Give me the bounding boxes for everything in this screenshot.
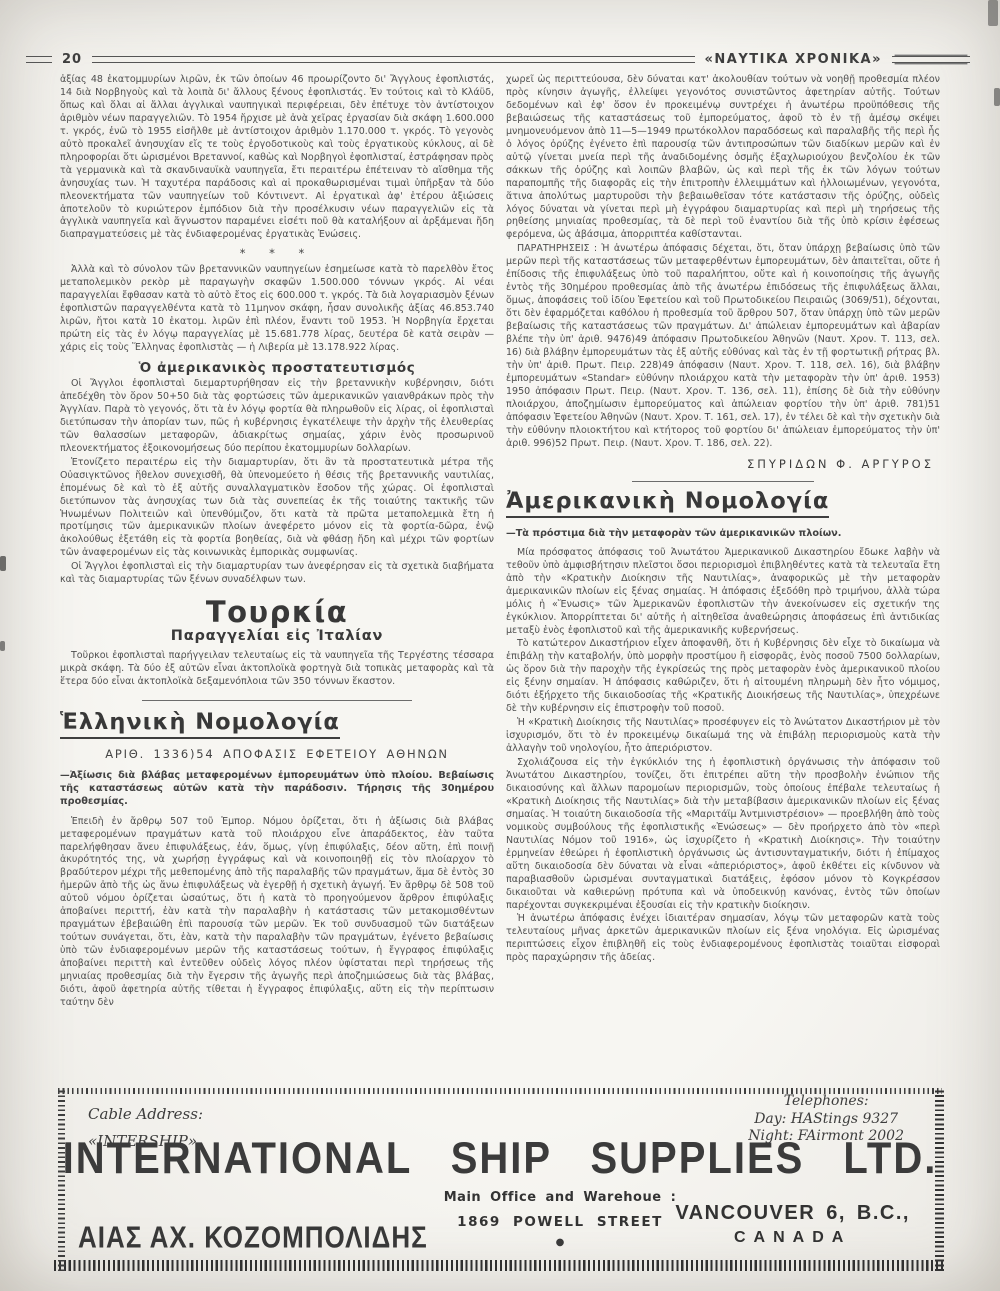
paragraph: Μία πρόσφατος ἀπόφασις τοῦ Ἀνωτάτου Ἀμερ… [506, 547, 940, 638]
paragraph: Τὸ κατώτερον Δικαστήριον εἶχεν ἀποφανθῆ,… [506, 638, 940, 716]
ad-country: CANADA [675, 1229, 910, 1247]
masthead-title: «ΝΑΥΤΙΚΑ ΧΡΟΝΙΚΑ» [705, 52, 882, 67]
section-heading-protectionism: Ὁ ἀμερικανικὸς προστατευτισμός [60, 362, 494, 375]
scan-artifact [0, 556, 6, 571]
asterisk-separator: * * * [60, 247, 494, 260]
section-heading-text: Ἀμερικανικὴ Νομολογία [506, 489, 829, 518]
paragraph: Τοῦρκοι ἐφοπλισταὶ παρήγγειλαν τελευταίω… [60, 650, 494, 689]
header-rule-center [92, 56, 694, 63]
paragraph: Ἐτονίζετο περαιτέρω εἰς τὴν διαμαρτυρίαν… [60, 457, 494, 561]
paragraph: Σχολιάζουσα εἰς τὴν ἐγκύκλιόν της ἡ ἐφοπ… [506, 757, 940, 912]
scan-artifact [988, 0, 998, 26]
ad-agent-name: ΑΙΑΣ ΑΧ. ΚΟΖΟΜΠΟΛΙΔΗΣ [78, 1219, 428, 1256]
paragraph: χωρεῖ ὡς περιττεύουσα, δὲν δύναται κατ' … [506, 74, 940, 242]
telephones-label: Telephones: [748, 1093, 904, 1111]
paragraph: Ἀλλὰ καὶ τὸ σύνολον τῶν βρεταννικῶν ναυπ… [60, 264, 494, 355]
section-heading-american-case-law: Ἀμερικανικὴ Νομολογία [506, 489, 940, 518]
subheading-turkey-orders: Παραγγελίαι εἰς Ἰταλίαν [60, 630, 494, 643]
ad-location-block: VANCOUVER 6, B.C., CANADA [675, 1202, 910, 1247]
section-divider [142, 700, 411, 701]
case-summary: —Ἀξίωσις διὰ βλάβας μεταφερομένων ἐμπορε… [60, 769, 494, 809]
section-heading-greek-case-law: Ἑλληνικὴ Νομολογία [60, 710, 494, 739]
paragraph: Οἱ Ἄγγλοι ἐφοπλισταὶ εἰς τὴν διαμαρτυρία… [60, 561, 494, 587]
magazine-page: 20 «ΝΑΥΤΙΚΑ ΧΡΟΝΙΚΑ» ἀξίας 48 ἑκατομμυρί… [0, 0, 1000, 1291]
paragraph: Ἡ «Κρατικὴ Διοίκησις τῆς Ναυτιλίας» προσ… [506, 717, 940, 756]
header-rule-right [892, 56, 970, 63]
paragraph: ἀξίας 48 ἑκατομμυρίων λιρῶν, ἐκ τῶν ὁποί… [60, 74, 494, 242]
page-header: 20 «ΝΑΥΤΙΚΑ ΧΡΟΝΙΚΑ» [26, 52, 970, 67]
scan-artifact [0, 641, 5, 651]
section-heading-turkey: Τουρκία [60, 597, 494, 627]
section-divider [632, 481, 814, 482]
case-summary: —Τὰ πρόστιμα διὰ τὴν μεταφορὰν τῶν ἀμερι… [506, 527, 940, 540]
advertisement-ship-supplies: Cable Address: «INTERSHIP» Telephones: D… [58, 1088, 942, 1271]
left-column: ἀξίας 48 ἑκατομμυρίων λιρῶν, ἐκ τῶν ὁποί… [60, 74, 494, 1082]
ad-company-name: INTERNATIONAL SHIP SUPPLIES LTD. [58, 1134, 942, 1184]
ad-city: VANCOUVER 6, B.C., [675, 1202, 910, 1225]
ad-border-bottom [54, 1260, 946, 1271]
page-number: 20 [62, 52, 82, 67]
paragraph: Ἐπειδὴ ἐν ἄρθρῳ 507 τοῦ Ἐμπορ. Νόμου ὁρί… [60, 816, 494, 1010]
header-rule-left [26, 56, 52, 63]
paragraph: Οἱ Ἄγγλοι ἐφοπλισταὶ διεμαρτυρήθησαν εἰς… [60, 378, 494, 456]
case-number-line: ΑΡΙΘ. 1336)54 ΑΠΟΦΑΣΙΣ ΕΦΕΤΕΙΟΥ ΑΘΗΝΩΝ [60, 748, 494, 761]
scan-artifact [994, 88, 1000, 106]
paragraph-observations: ΠΑΡΑΤΗΡΗΣΕΙΣ : Ἡ ἀνωτέρω ἀπόφασις δέχετα… [506, 243, 940, 450]
telephone-day: Day: HAStings 9327 [748, 1111, 904, 1129]
paragraph: Ἡ ἀνωτέρω ἀπόφασις ἐνέχει ἰδιαιτέραν σημ… [506, 913, 940, 965]
author-signature: ΣΠΥΡΙΔΩΝ Φ. ΑΡΓΥΡΟΣ [506, 458, 934, 471]
cable-address-label: Cable Address: [88, 1101, 203, 1128]
right-column: χωρεῖ ὡς περιττεύουσα, δὲν δύναται κατ' … [506, 74, 940, 1082]
section-heading-text: Ἑλληνικὴ Νομολογία [60, 710, 340, 739]
